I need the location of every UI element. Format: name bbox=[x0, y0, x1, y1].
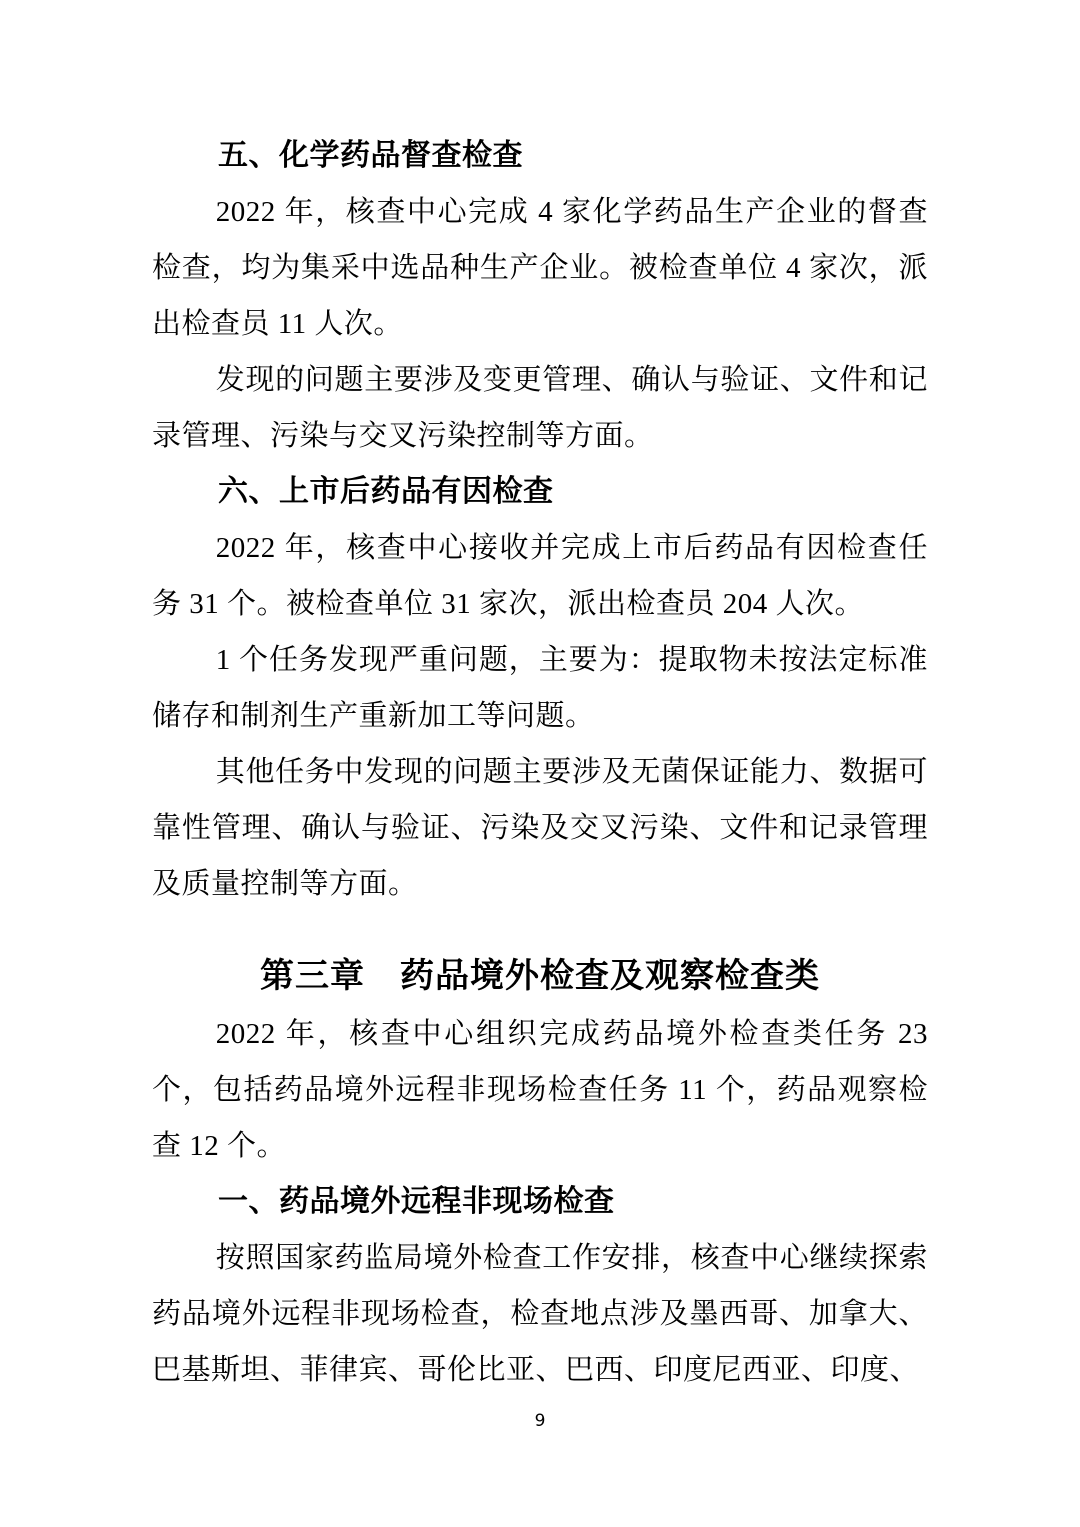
body-paragraph: 2022 年，核查中心完成 4 家化学药品生产企业的督查检查，均为集采中选品种生… bbox=[152, 184, 928, 352]
body-paragraph: 2022 年，核查中心接收并完成上市后药品有因检查任务 31 个。被检查单位 3… bbox=[152, 520, 928, 632]
body-paragraph: 按照国家药监局境外检查工作安排，核查中心继续探索药品境外远程非现场检查，检查地点… bbox=[152, 1230, 928, 1398]
section-heading-post-market-for-cause-inspection: 六、上市后药品有因检查 bbox=[152, 464, 928, 520]
page-number: 9 bbox=[0, 1410, 1080, 1432]
document-page: 五、化学药品督查检查 2022 年，核查中心完成 4 家化学药品生产企业的督查检… bbox=[0, 0, 1080, 1527]
body-paragraph: 发现的问题主要涉及变更管理、确认与验证、文件和记录管理、污染与交叉污染控制等方面… bbox=[152, 352, 928, 464]
section-heading-overseas-remote-inspection: 一、药品境外远程非现场检查 bbox=[152, 1174, 928, 1230]
body-paragraph: 1 个任务发现严重问题，主要为：提取物未按法定标准储存和制剂生产重新加工等问题。 bbox=[152, 632, 928, 744]
body-paragraph: 2022 年，核查中心组织完成药品境外检查类任务 23 个，包括药品境外远程非现… bbox=[152, 1006, 928, 1174]
body-paragraph: 其他任务中发现的问题主要涉及无菌保证能力、数据可靠性管理、确认与验证、污染及交叉… bbox=[152, 744, 928, 912]
section-heading-chemical-drug-supervision: 五、化学药品督查检查 bbox=[152, 128, 928, 184]
chapter-heading-overseas-inspection: 第三章 药品境外检查及观察检查类 bbox=[152, 946, 928, 1006]
